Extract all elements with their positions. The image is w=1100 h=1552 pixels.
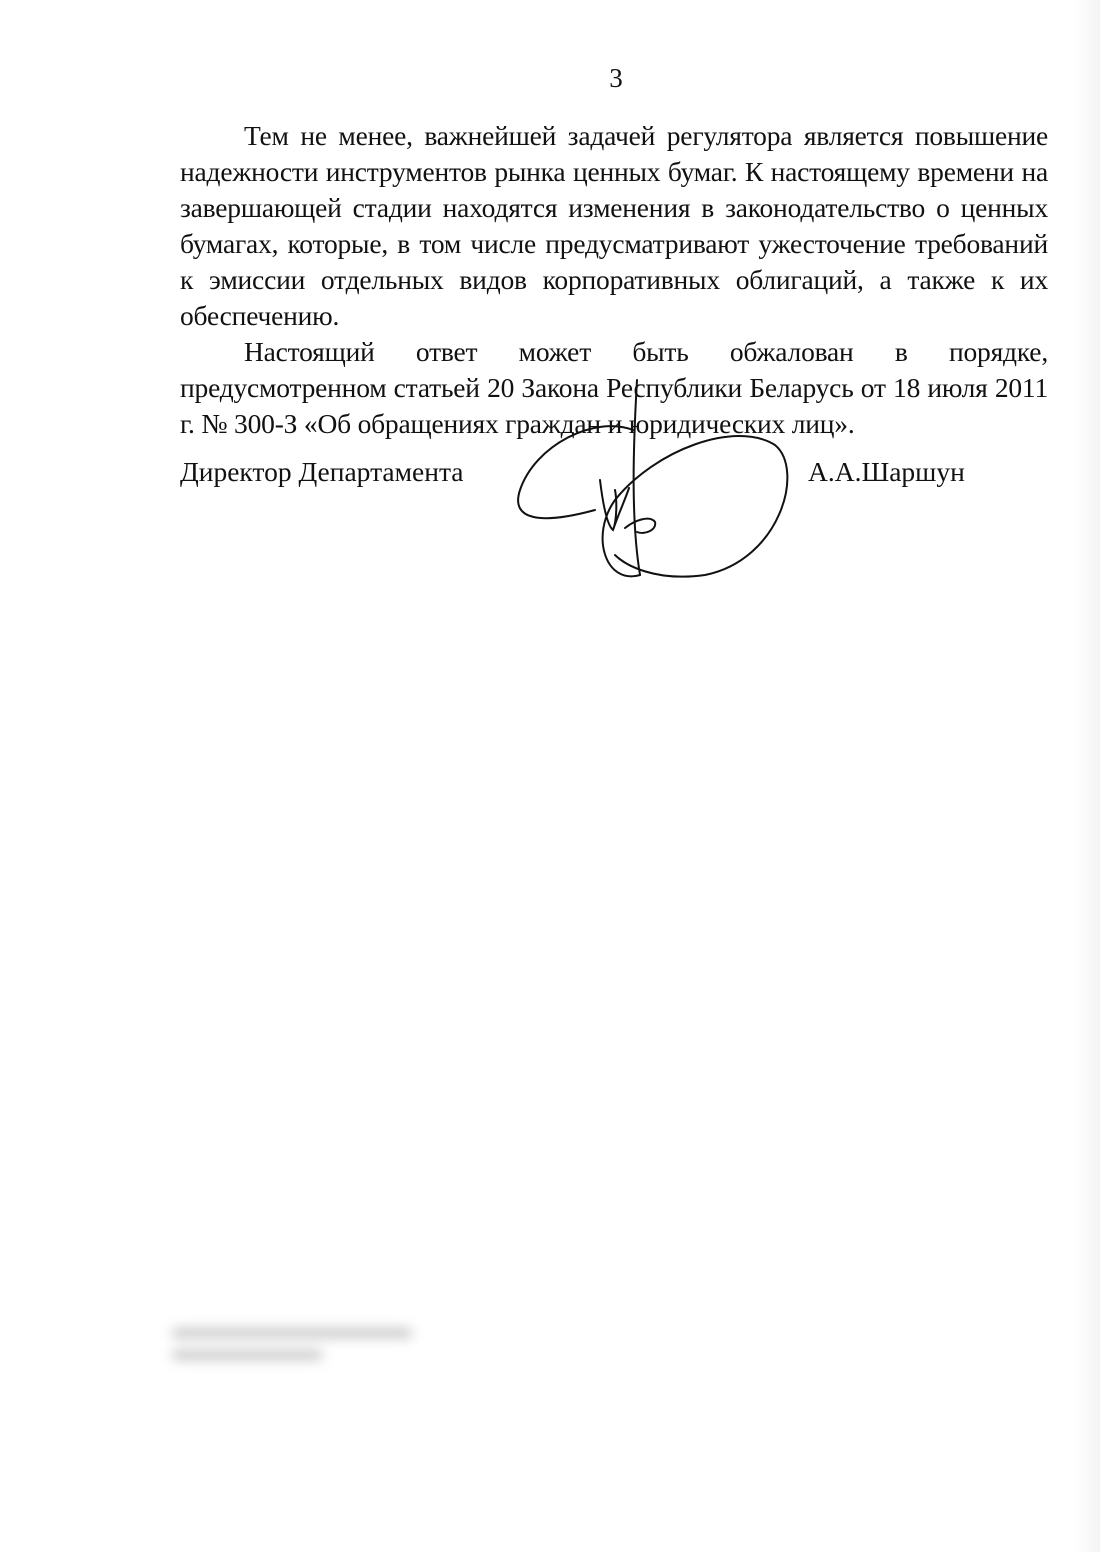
redacted-footer-note [172,1328,422,1376]
page-edge-shadow [1074,0,1100,1552]
signatory-name: А.А.Шаршун [808,454,965,490]
handwritten-signature-icon [505,360,805,590]
page-number: 3 [0,62,1100,94]
paragraph-regulator-task: Тем не менее, важнейшей задачей регулято… [180,118,1048,334]
document-page: 3 Тем не менее, важнейшей задачей регуля… [0,0,1100,1552]
signatory-position: Директор Департамента [180,454,464,490]
